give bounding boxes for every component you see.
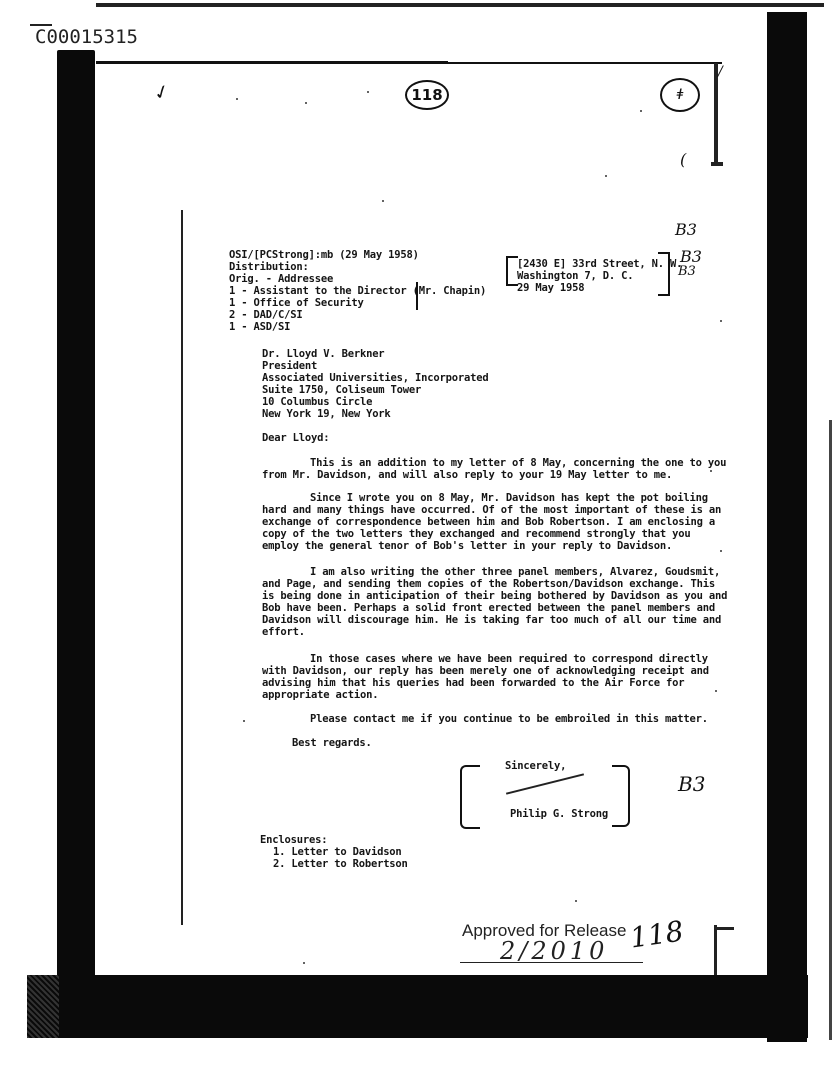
body-paragraph-4: In those cases where we have been requir…: [262, 653, 732, 701]
scan-speck: [720, 550, 722, 552]
distribution-item: 2 - DAD/C/SI: [229, 309, 486, 321]
distribution-item: Orig. - Addressee: [229, 273, 486, 285]
redaction-code: B3: [678, 772, 705, 796]
scan-speck: [605, 175, 607, 177]
release-handwritten-number: 118: [628, 914, 686, 954]
enclosure-item: 1. Letter to Davidson: [273, 846, 408, 858]
page-number-circled: 118: [405, 80, 449, 110]
recipient-line: 10 Columbus Circle: [262, 396, 489, 408]
closing: Best regards.: [292, 737, 372, 749]
scan-speck: [305, 102, 307, 104]
signature-scrawl: [506, 773, 584, 794]
distribution-label: Distribution:: [229, 261, 309, 273]
recipient-line: Associated Universities, Incorporated: [262, 372, 489, 384]
origin-line: OSI/[PCStrong]:mb (29 May 1958): [229, 249, 419, 261]
scan-speck: [236, 98, 238, 100]
distribution-list: Orig. - Addressee 1 - Assistant to the D…: [229, 273, 486, 333]
enclosures-list: 1. Letter to Davidson 2. Letter to Rober…: [273, 846, 408, 870]
body-paragraph-1: This is an addition to my letter of 8 Ma…: [262, 457, 732, 481]
circled-initials-icon: ǂ: [660, 78, 700, 112]
recipient-line: President: [262, 360, 489, 372]
distribution-item: 1 - Office of Security: [229, 297, 486, 309]
scan-speck: [720, 320, 722, 322]
scan-speck: [575, 900, 577, 902]
scan-speck: [243, 720, 245, 722]
signature-redaction-bracket-left: [460, 765, 480, 829]
scan-speck: [382, 200, 384, 202]
body-paragraph-2: Since I wrote you on 8 May, Mr. Davidson…: [262, 492, 732, 552]
release-stamp-underline: [460, 962, 643, 963]
scan-right-border: [767, 12, 807, 1042]
scan-top-edge: [96, 3, 824, 7]
recipient-line: Dr. Lloyd V. Berkner: [262, 348, 489, 360]
scan-bottom-noise: [27, 975, 59, 1038]
enclosure-item: 2. Letter to Robertson: [273, 858, 408, 870]
page-right-edge-foot: [711, 162, 723, 166]
redaction-code: B3: [678, 264, 696, 279]
body-paragraph-5: Please contact me if you continue to be …: [262, 713, 732, 725]
signature-redaction-bracket-right: [612, 765, 630, 827]
salutation: Dear Lloyd:: [262, 432, 329, 444]
redaction-bracket-left: [506, 256, 518, 286]
stray-mark: (: [680, 150, 686, 169]
body-paragraph-3: I am also writing the other three panel …: [262, 566, 732, 638]
distribution-item: 1 - ASD/SI: [229, 321, 486, 333]
scan-speck: [715, 690, 717, 692]
redaction-bracket-right: [658, 252, 670, 296]
recipient-line: New York 19, New York: [262, 408, 489, 420]
page-number-text: 118: [411, 86, 442, 104]
page-top-edge-right: [290, 62, 722, 64]
initials-checkmark-icon: ✓: [151, 78, 172, 106]
stray-mark-2: /: [718, 64, 723, 80]
redaction-bracket: [400, 282, 418, 310]
scan-speck: [640, 110, 642, 112]
scan-left-border: [57, 50, 95, 980]
scan-speck: [710, 470, 712, 472]
scan-speck: [367, 91, 369, 93]
enclosures-label: Enclosures:: [260, 834, 327, 846]
scan-speck: [303, 962, 305, 964]
recipient-line: Suite 1750, Coliseum Tower: [262, 384, 489, 396]
signer-name: Philip G. Strong: [510, 808, 608, 820]
release-stamp-date: 2/2010: [500, 937, 608, 965]
recipient-block: Dr. Lloyd V. Berkner President Associate…: [262, 348, 489, 420]
redaction-code: B3: [675, 220, 697, 239]
page-fold-line: [181, 210, 183, 925]
scan-bottom-border: [27, 975, 808, 1038]
distribution-item: 1 - Assistant to the Director (Mr. Chapi…: [229, 285, 486, 297]
document-id: C00015315: [35, 26, 138, 48]
bottom-right-bracket: [714, 925, 717, 975]
scan-edge-line: [829, 420, 832, 1040]
bottom-right-bracket-top: [714, 927, 734, 930]
valediction: Sincerely,: [505, 760, 566, 772]
